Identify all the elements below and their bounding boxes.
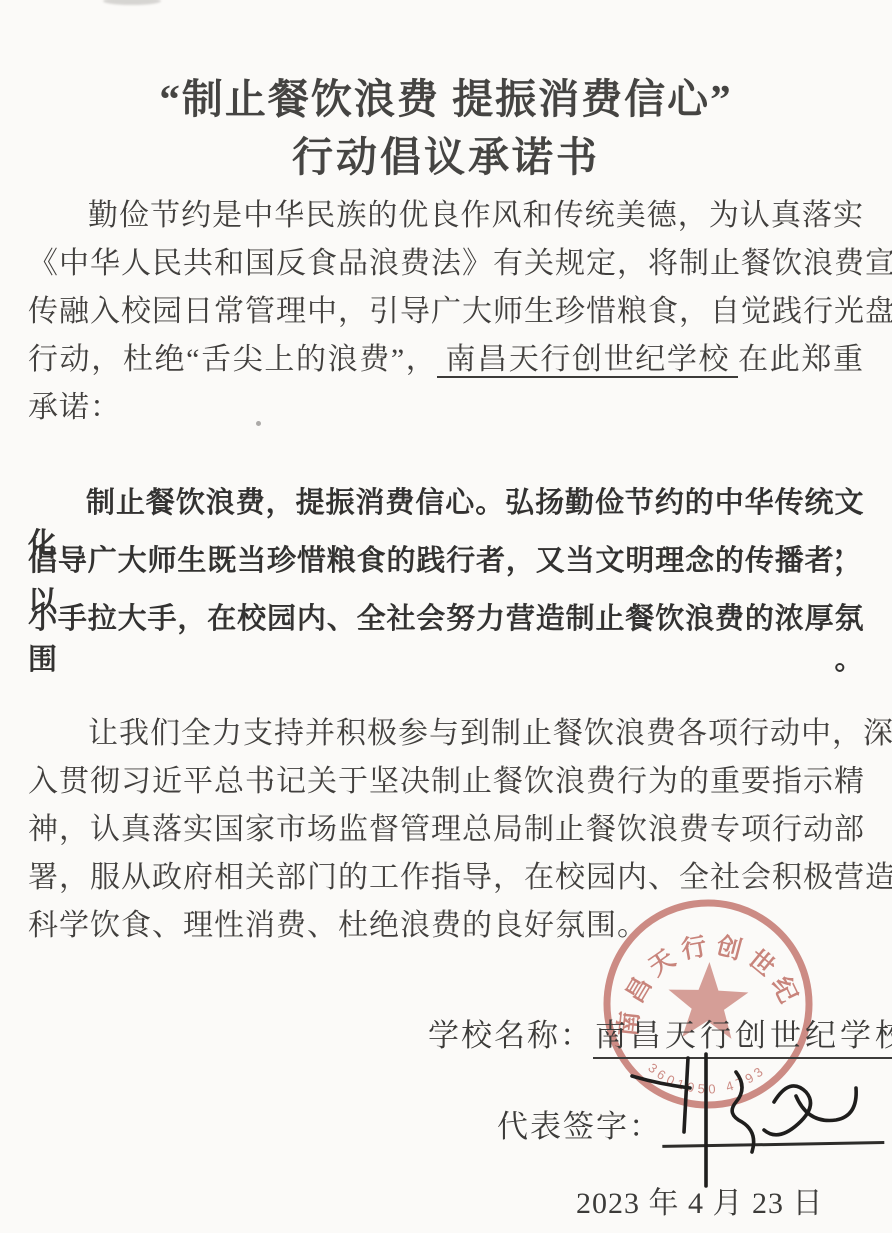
intro-line4-post: 在此郑重 xyxy=(738,343,864,376)
action-line2: 入贯彻习近平总书记关于坚决制止餐饮浪费行为的重要指示精 xyxy=(28,756,864,800)
scan-smudge xyxy=(103,0,161,5)
intro-line5: 承诺： xyxy=(28,382,864,426)
intro-line4: 行动，杜绝“舌尖上的浪费”，南昌天行创世纪学校在此郑重 xyxy=(28,334,864,378)
action-line1: 让我们全力支持并积极参与到制止餐饮浪费各项行动中，深 xyxy=(28,708,864,752)
document-page: “制止餐饮浪费 提振消费信心” 行动倡议承诺书 勤俭节约是中华民族的优良作风和传… xyxy=(0,0,892,1233)
intro-line1: 勤俭节约是中华民族的优良作风和传统美德，为认真落实 xyxy=(28,190,864,234)
document-title-line1: “制止餐饮浪费 提振消费信心” xyxy=(0,66,892,125)
document-date: 2023 年 4 月 23 日 xyxy=(576,1178,824,1222)
intro-line2: 《中华人民共和国反食品浪费法》有关规定，将制止餐饮浪费宣 xyxy=(28,238,864,282)
intro-line4-pre: 行动，杜绝“舌尖上的浪费”， xyxy=(28,343,437,376)
action-line3: 神，认真落实国家市场监督管理总局制止餐饮浪费专项行动部 xyxy=(28,804,864,848)
pledge-line3: 小手拉大手，在校园内、全社会努力营造制止餐饮浪费的浓厚氛围。 xyxy=(28,596,864,678)
school-name-label: 学校名称： xyxy=(428,1018,593,1053)
school-name-inline-underlined: 南昌天行创世纪学校 xyxy=(437,343,738,378)
document-title-line2: 行动倡议承诺书 xyxy=(0,124,892,183)
intro-line3: 传融入校园日常管理中，引导广大师生珍惜粮食，自觉践行光盘 xyxy=(28,286,864,330)
